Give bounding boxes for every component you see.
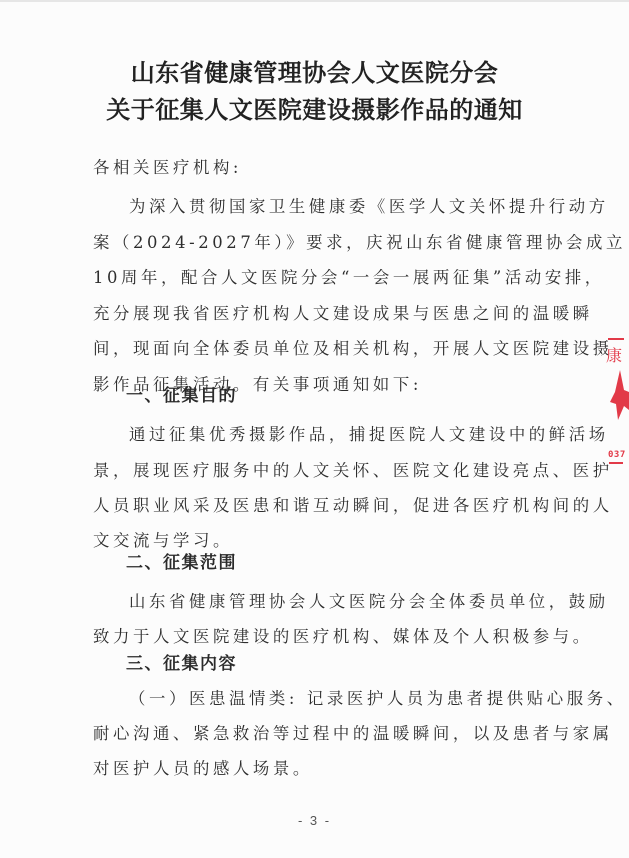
seal-number-bar: [609, 462, 623, 464]
seal-top-bar: [608, 338, 624, 340]
section-line: 人员职业风采及医患和谐互动瞬间，促进各医疗机构间的人: [93, 496, 613, 516]
star-icon: [606, 368, 629, 428]
intro-line: 为深入贯彻国家卫生健康委《医学人文关怀提升行动方: [129, 197, 609, 217]
seal-number: 037: [608, 450, 626, 460]
document-title-line-1: 山东省健康管理协会人文医院分会: [0, 53, 629, 88]
page-top-edge: [0, 0, 629, 2]
section-line: 景，展现医疗服务中的人文关怀、医院文化建设亮点、医护: [93, 461, 613, 481]
page-number: - 3 -: [0, 813, 629, 828]
section-line: 对医护人员的感人场景。: [93, 759, 313, 779]
intro-line: 间，现面向全体委员单位及相关机构，开展人文医院建设摄: [93, 339, 613, 359]
red-seal-stamp: 康 037: [606, 338, 629, 463]
document-page: 山东省健康管理协会人文医院分会 关于征集人文医院建设摄影作品的通知 各相关医疗机…: [0, 0, 629, 858]
section-line: 致力于人文医院建设的医疗机构、媒体及个人积极参与。: [93, 627, 593, 647]
seal-character: 康: [606, 343, 622, 366]
section-heading-content: 三、征集内容: [126, 654, 237, 674]
section-line: 通过征集优秀摄影作品，捕捉医院人文建设中的鲜活场: [129, 425, 609, 445]
section-line: 文交流与学习。: [93, 531, 233, 551]
document-title-line-2: 关于征集人文医院建设摄影作品的通知: [0, 90, 629, 125]
section-heading-purpose: 一、征集目的: [126, 386, 237, 406]
section-line: （一）医患温情类: 记录医护人员为患者提供贴心服务、: [129, 689, 627, 709]
section-line: 耐心沟通、紧急救治等过程中的温暖瞬间，以及患者与家属: [93, 724, 613, 744]
intro-line: 10周年，配合人文医院分会“一会一展两征集”活动安排，: [93, 268, 605, 288]
intro-line: 充分展现我省医疗机构人文建设成果与医患之间的温暖瞬: [93, 304, 593, 324]
salutation: 各相关医疗机构:: [93, 158, 242, 178]
section-line: 山东省健康管理协会人文医院分会全体委员单位，鼓励: [129, 592, 609, 612]
section-heading-scope: 二、征集范围: [126, 553, 237, 573]
intro-line: 案（2024-2027年）》要求，庆祝山东省健康管理协会成立: [93, 233, 626, 253]
